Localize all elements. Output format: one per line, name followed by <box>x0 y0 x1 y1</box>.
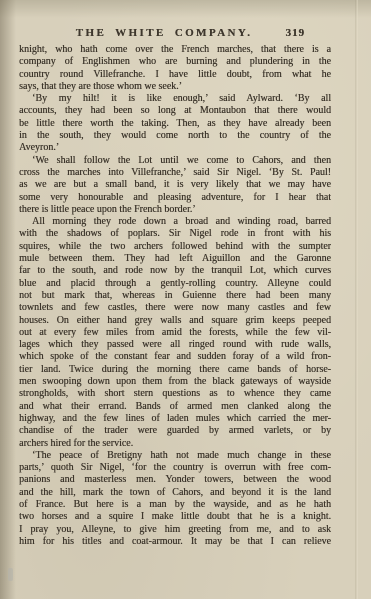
book-page: THE WHITE COMPANY. 319 knight, who hath … <box>0 0 371 599</box>
text-line: ‘The peace of Bretigny hath not made muc… <box>19 450 331 462</box>
text-line: tier land. Twice during the morning ther… <box>19 364 331 376</box>
text-line: country round Villefranche. I have littl… <box>19 69 331 81</box>
text-line: not but mark that, whereas in Guienne th… <box>19 290 331 302</box>
text-line: company of Englishmen who are burning an… <box>19 56 331 68</box>
text-line: townlets and few castles, there were now… <box>19 302 331 314</box>
page-edge-crease <box>355 0 358 599</box>
paragraph: ‘We shall follow the Lot until we come t… <box>19 155 331 216</box>
text-line: knight, who hath come over the French ma… <box>19 44 331 56</box>
text-line: which spoke of the constant fear and sud… <box>19 351 331 363</box>
page-header: THE WHITE COMPANY. 319 <box>0 27 371 41</box>
page-body: knight, who hath come over the French ma… <box>19 44 331 548</box>
text-line: in the south, they would come north to t… <box>19 130 331 142</box>
scan-top-shadow <box>0 0 371 18</box>
text-line: All morning they rode down a broad and w… <box>19 216 331 228</box>
text-line: two horses and a squire I make little do… <box>19 511 331 523</box>
text-line: parts,’ quoth Sir Nigel, ‘for the countr… <box>19 462 331 474</box>
text-line: says, that they are those whom we seek.’ <box>19 81 331 93</box>
text-line: ‘We shall follow the Lot until we come t… <box>19 155 331 167</box>
paper-speck <box>8 568 13 581</box>
text-line: chandise of the trader were guarded by a… <box>19 425 331 437</box>
text-line: far to the south, and rode now by the tr… <box>19 265 331 277</box>
text-line: Aveyron.’ <box>19 142 331 154</box>
text-line: with the shadows of poplars. Sir Nigel r… <box>19 228 331 240</box>
text-line: be little there worth the taking. Then, … <box>19 118 331 130</box>
paragraph: ‘By my hilt! it is like enough,’ said Ay… <box>19 93 331 154</box>
running-title: THE WHITE COMPANY. <box>76 27 253 39</box>
text-line: highway, and the few lines of laden mule… <box>19 413 331 425</box>
text-line: out at every few miles from amid the for… <box>19 327 331 339</box>
paragraph: ‘The peace of Bretigny hath not made muc… <box>19 450 331 548</box>
text-line: houses. On either hand grey walls and sq… <box>19 315 331 327</box>
text-line: as we are but a small band, it is very l… <box>19 179 331 191</box>
paragraph: knight, who hath come over the French ma… <box>19 44 331 93</box>
text-line: ‘By my hilt! it is like enough,’ said Ay… <box>19 93 331 105</box>
text-line: cross the marches into Villefranche,’ sa… <box>19 167 331 179</box>
text-line: strongholds, with short stern questions … <box>19 388 331 400</box>
text-line: and what their errand. Bands of armed me… <box>19 401 331 413</box>
text-line: men swooping down upon them from the bla… <box>19 376 331 388</box>
paragraph: All morning they rode down a broad and w… <box>19 216 331 450</box>
text-line: I pray you, Alleyne, to give him greetin… <box>19 524 331 536</box>
text-line: blue and placid through a gently-rolling… <box>19 278 331 290</box>
gutter-shadow <box>0 0 16 599</box>
text-line: some very honourable and pleasing advent… <box>19 192 331 204</box>
text-line: and the hill, mark the town of Cahors, a… <box>19 487 331 499</box>
text-line: there is little peace upon the French bo… <box>19 204 331 216</box>
text-line: squires, while the two archers followed … <box>19 241 331 253</box>
text-line: lages which they passed were all ringed … <box>19 339 331 351</box>
text-line: mule between them. They had left Aiguill… <box>19 253 331 265</box>
text-line: archers hired for the service. <box>19 438 331 450</box>
text-line: him for his titles and coat-armour. It m… <box>19 536 331 548</box>
text-line: panions and masterless men. Yonder tower… <box>19 474 331 486</box>
text-line: of France. But here is a man by the ways… <box>19 499 331 511</box>
text-line: accounts, they had been so long at Monta… <box>19 105 331 117</box>
page-number: 319 <box>286 27 306 39</box>
